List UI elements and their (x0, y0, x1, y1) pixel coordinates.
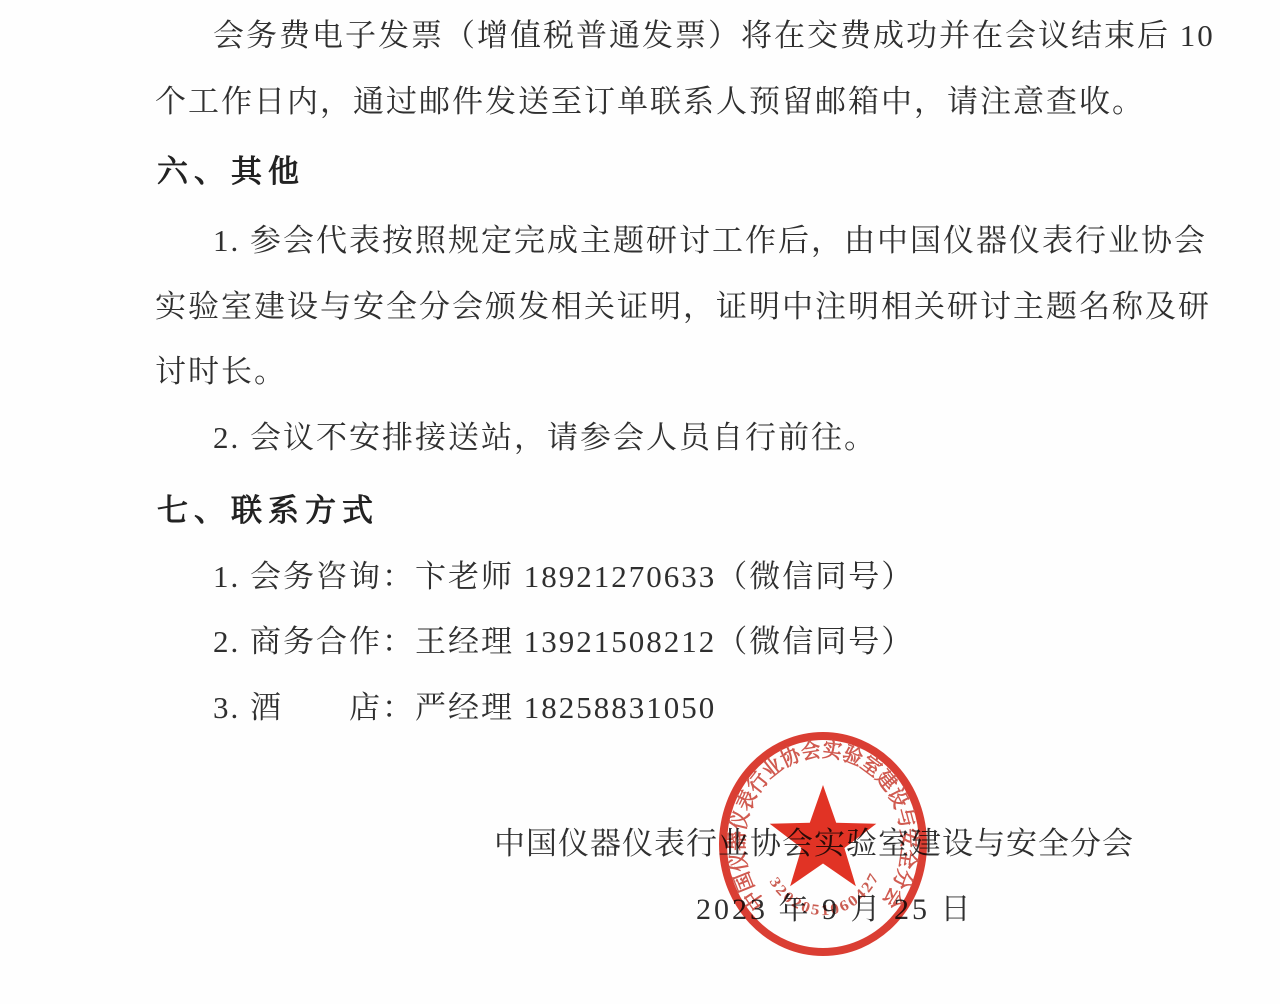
document-page: 会务费电子发票（增值税普通发票）将在交费成功并在会议结束后 10 个工作日内，通… (0, 0, 1280, 1004)
other-item1-line-2: 实验室建设与安全分会颁发相关证明，证明中注明相关研讨主题名称及研 (155, 288, 1211, 325)
intro-line-2: 个工作日内，通过邮件发送至订单联系人预留邮箱中，请注意查收。 (155, 83, 1145, 120)
signature-date: 2023 年 9 月 25 日 (696, 884, 974, 928)
section-heading-contact: 七、联系方式 (157, 492, 379, 529)
contact-line-conference: 1. 会务咨询：卞老师 18921270633（微信同号） (213, 558, 914, 595)
other-item1-line-3: 讨时长。 (155, 353, 287, 390)
contact-line-hotel: 3. 酒 店：严经理 18258831050 (213, 689, 716, 726)
other-item2-line: 2. 会议不安排接送站，请参会人员自行前往。 (213, 419, 877, 456)
contact-line-business: 2. 商务合作：王经理 13921508212（微信同号） (213, 623, 914, 660)
intro-line-1: 会务费电子发票（增值税普通发票）将在交费成功并在会议结束后 10 (213, 17, 1215, 54)
other-item1-line-1: 1. 参会代表按照规定完成主题研讨工作后，由中国仪器仪表行业协会 (213, 222, 1207, 259)
section-heading-other: 六、其他 (157, 153, 305, 190)
signature-org: 中国仪器仪表行业协会实验室建设与安全分会 (494, 818, 1134, 863)
